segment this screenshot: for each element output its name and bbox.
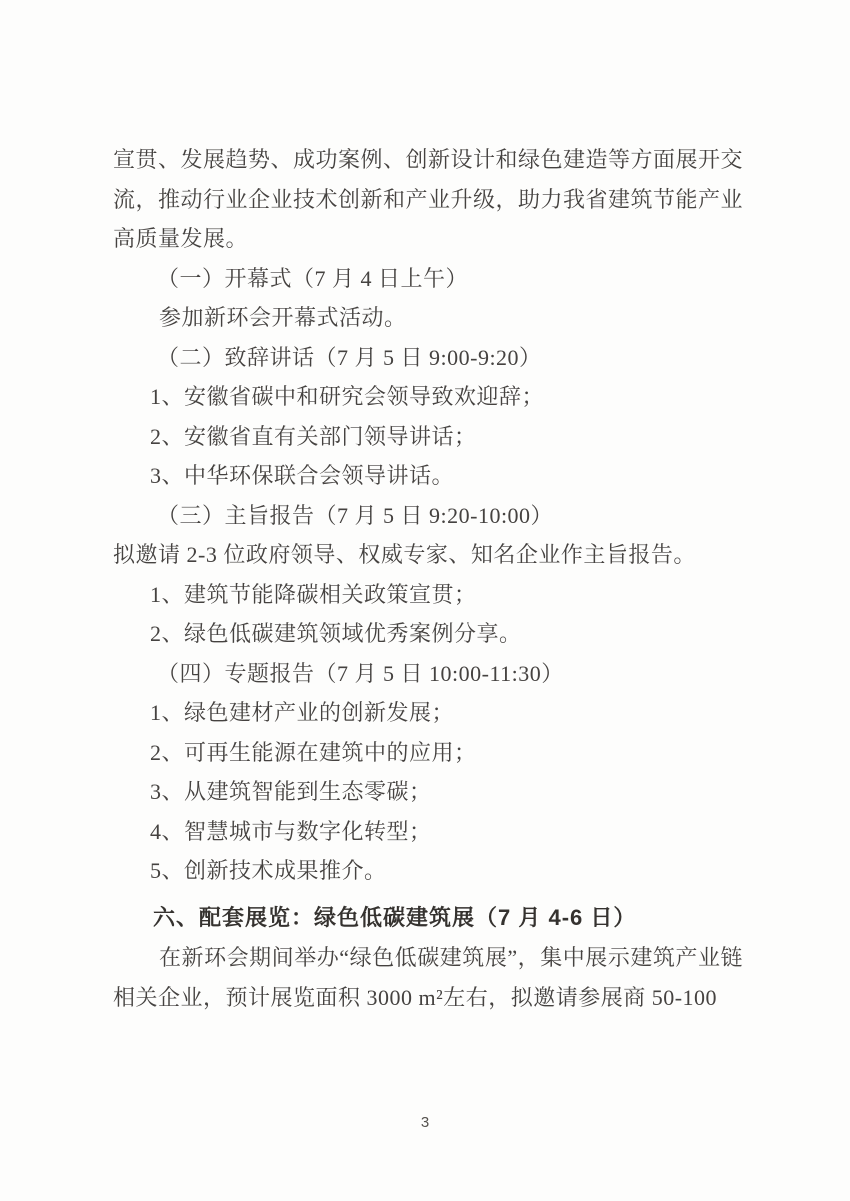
subheading-welcome-speeches: （二）致辞讲话（7 月 5 日 9:00-9:20） [113, 338, 743, 378]
section-heading-exhibition: 六、配套展览：绿色低碳建筑展（7 月 4-6 日） [113, 898, 743, 938]
list-item-special-1: 1、绿色建材产业的创新发展； [113, 693, 743, 733]
list-item-speech-2: 2、安徽省直有关部门领导讲话； [113, 417, 743, 457]
paragraph-keynote-invitees: 拟邀请 2-3 位政府领导、权威专家、知名企业作主旨报告。 [113, 535, 743, 575]
list-item-special-2: 2、可再生能源在建筑中的应用； [113, 733, 743, 773]
list-item-speech-1: 1、安徽省碳中和研究会领导致欢迎辞； [113, 377, 743, 417]
subheading-keynote-report: （三）主旨报告（7 月 5 日 9:20-10:00） [113, 496, 743, 536]
list-item-special-5: 5、创新技术成果推介。 [113, 851, 743, 891]
list-item-keynote-1: 1、建筑节能降碳相关政策宣贯； [113, 575, 743, 615]
list-item-keynote-2: 2、绿色低碳建筑领域优秀案例分享。 [113, 614, 743, 654]
intro-paragraph: 宣贯、发展趋势、成功案例、创新设计和绿色建造等方面展开交流，推动行业企业技术创新… [113, 140, 743, 259]
subheading-opening-ceremony: （一）开幕式（7 月 4 日上午） [113, 259, 743, 299]
paragraph-exhibition: 在新环会期间举办“绿色低碳建筑展”，集中展示建筑产业链相关企业，预计展览面积 3… [113, 938, 743, 1017]
document-body: 宣贯、发展趋势、成功案例、创新设计和绿色建造等方面展开交流，推动行业企业技术创新… [113, 140, 743, 1017]
list-item-special-3: 3、从建筑智能到生态零碳； [113, 772, 743, 812]
list-item-speech-3: 3、中华环保联合会领导讲话。 [113, 456, 743, 496]
list-item-special-4: 4、智慧城市与数字化转型； [113, 812, 743, 852]
subheading-special-reports: （四）专题报告（7 月 5 日 10:00-11:30） [113, 654, 743, 694]
page-number: 3 [0, 1114, 850, 1131]
paragraph-opening-ceremony: 参加新环会开幕式活动。 [113, 298, 743, 338]
document-page: 宣贯、发展趋势、成功案例、创新设计和绿色建造等方面展开交流，推动行业企业技术创新… [0, 0, 850, 1201]
